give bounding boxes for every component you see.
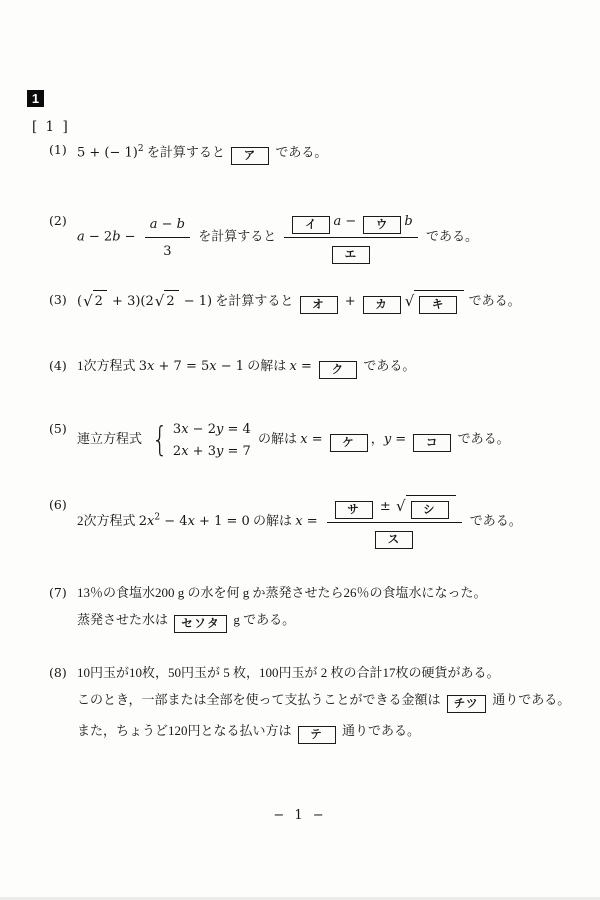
math-segment: − (341, 214, 360, 229)
answer-box: テ (298, 726, 336, 744)
math-variable: x (209, 359, 216, 374)
answer-box: コ (413, 434, 451, 452)
math-radical: √シ (396, 495, 456, 519)
text-segment: 10円玉が10枚，50円玉が 5 枚，100円玉が 2 枚の合計17枚の硬貨があ… (77, 665, 500, 680)
problem-number: (5) (49, 419, 77, 438)
problem-row: (1)5 + (− 1)2 を計算すると ア である。 (49, 140, 574, 165)
math-segment: − 1 (217, 359, 244, 374)
problem-line: 10円玉が10枚，50円玉が 5 枚，100円玉が 2 枚の合計17枚の硬貨があ… (77, 663, 574, 682)
math-segment: = (308, 432, 327, 447)
text-segment: を計算すると (212, 293, 297, 308)
math-segment: − 1) (180, 294, 213, 309)
brace-icon: { (152, 425, 168, 456)
math-segment: + 3)(2 (108, 294, 154, 309)
math-segment: + (341, 294, 360, 309)
problem-line: 5 + (− 1)2 を計算すると ア である。 (77, 140, 574, 165)
fraction-numerator: サ ± √シ (327, 495, 462, 523)
math-variable: x (295, 514, 302, 529)
math-segment: − (157, 217, 176, 232)
text-segment: 2次方程式 (77, 513, 139, 528)
math-segment: 2 (173, 444, 181, 459)
math-segment: 2 (139, 514, 147, 529)
math-fraction: サ ± √シス (327, 495, 462, 549)
answer-box: イ (292, 216, 330, 234)
problem-line: また，ちょうど120円となる払い方は テ 通りである。 (77, 721, 574, 744)
math-variable: a (77, 230, 85, 245)
math-segment: + 7 = 5 (154, 359, 209, 374)
problem-content: a − 2b − a − b3 を計算すると イa − ウbエ である。 (77, 211, 574, 264)
math-radical: √2 (155, 290, 179, 311)
math-variable: x (290, 359, 297, 374)
radicand: シ (406, 495, 456, 519)
problem-number: (7) (49, 583, 77, 602)
problem-content: (√2 + 3)(2√2 − 1) を計算すると オ + カ√キ である。 (77, 290, 574, 314)
equation-system: {3x − 2y = 42x + 3y = 7 (149, 419, 251, 461)
problem-line: 蒸発させた水は セソタ g である。 (77, 610, 574, 633)
problem-content: 10円玉が10枚，50円玉が 5 枚，100円玉が 2 枚の合計17枚の硬貨があ… (77, 663, 574, 744)
problem-line: 2次方程式 2x2 − 4x + 1 = 0 の解は x = サ ± √シス で… (77, 495, 574, 549)
problem-number: (2) (49, 211, 77, 230)
math-segment: 2 (95, 294, 103, 309)
math-segment: + 1 = 0 (195, 514, 250, 529)
math-variable: x (181, 444, 188, 459)
problem-list: (1)5 + (− 1)2 を計算すると ア である。(2)a − 2b − a… (49, 140, 574, 744)
text-segment: また，ちょうど120円となる払い方は (77, 723, 295, 738)
problem-row: (7)13％の食塩水200 g の水を何 g か蒸発させたら26％の食塩水になっ… (49, 583, 574, 633)
fraction-denominator: エ (284, 238, 417, 264)
answer-box: ス (375, 531, 413, 549)
answer-box: ア (231, 147, 269, 165)
text-segment: 13％の食塩水200 g の水を何 g か蒸発させたら26％の食塩水になった。 (77, 585, 487, 600)
problem-content: 1次方程式 3x + 7 = 5x − 1 の解は x = ク である。 (77, 356, 574, 379)
answer-box: カ (363, 296, 401, 314)
answer-box: サ (335, 501, 373, 519)
fraction-denominator: ス (327, 523, 462, 549)
problem-number: (3) (49, 290, 77, 309)
fraction-numerator: a − b (145, 214, 190, 238)
problem-content: 13％の食塩水200 g の水を何 g か蒸発させたら26％の食塩水になった。蒸… (77, 583, 574, 633)
answer-box: チツ (447, 695, 486, 713)
math-radical: √キ (405, 290, 465, 314)
math-segment: ± (376, 499, 395, 514)
math-segment: = (297, 359, 316, 374)
answer-box: ウ (363, 216, 401, 234)
radical-sign: √ (155, 292, 165, 310)
problem-number: (8) (49, 663, 77, 682)
math-segment: = (303, 514, 322, 529)
answer-box: エ (332, 246, 370, 264)
fraction-numerator: イa − ウb (284, 211, 417, 238)
math-variable: x (181, 422, 188, 437)
text-segment: を計算すると (195, 229, 280, 244)
problem-row: (6)2次方程式 2x2 − 4x + 1 = 0 の解は x = サ ± √シ… (49, 495, 574, 549)
radical-sign: √ (396, 497, 406, 515)
math-segment: + 3 (189, 444, 216, 459)
text-segment: の解は (255, 431, 301, 446)
math-segment: ( (77, 294, 82, 309)
fraction-denominator: 3 (145, 238, 190, 261)
math-segment: 3 (163, 244, 171, 259)
section-number-badge: 1 (27, 90, 44, 107)
math-segment: − 4 (160, 514, 187, 529)
system-lines: 3x − 2y = 42x + 3y = 7 (173, 419, 251, 461)
problem-number: (1) (49, 140, 77, 159)
exam-page: 1 [ 1 ] (1)5 + (− 1)2 を計算すると ア である。(2)a … (0, 0, 600, 900)
math-fraction: a − b3 (145, 214, 190, 261)
answer-box: キ (419, 296, 457, 314)
text-segment: 通りである。 (339, 723, 420, 738)
answer-box: シ (411, 501, 449, 519)
text-segment: 1次方程式 (77, 358, 139, 373)
math-segment: 2 (166, 294, 174, 309)
text-segment: 蒸発させた水は (77, 612, 171, 627)
problem-content: 5 + (− 1)2 を計算すると ア である。 (77, 140, 574, 165)
math-variable: b (404, 214, 412, 229)
text-segment: g である。 (230, 612, 295, 627)
radicand: 2 (164, 290, 178, 311)
math-radical: √2 (83, 290, 107, 311)
text-segment: 通りである。 (489, 692, 570, 707)
answer-box: ケ (330, 434, 368, 452)
text-segment: である。 (454, 431, 509, 446)
math-segment: − (121, 230, 140, 245)
problem-number: (6) (49, 495, 77, 514)
problem-line: 13％の食塩水200 g の水を何 g か蒸発させたら26％の食塩水になった。 (77, 583, 574, 602)
text-segment: の解は (250, 513, 296, 528)
problem-line: (√2 + 3)(2√2 − 1) を計算すると オ + カ√キ である。 (77, 290, 574, 314)
subsection-label: [ 1 ] (32, 119, 70, 135)
math-fraction: イa − ウbエ (284, 211, 417, 264)
math-variable: x (300, 432, 307, 447)
math-segment: 3 (139, 359, 147, 374)
problem-content: 2次方程式 2x2 − 4x + 1 = 0 の解は x = サ ± √シス で… (77, 495, 574, 549)
radical-sign: √ (83, 292, 93, 310)
answer-box: セソタ (174, 615, 227, 633)
problem-line: a − 2b − a − b3 を計算すると イa − ウbエ である。 (77, 211, 574, 264)
text-segment: このとき，一部または全部を使って支払うことができる金額は (77, 692, 444, 707)
page-number: − 1 − (0, 808, 600, 823)
problem-line: 連立方程式 {3x − 2y = 42x + 3y = 7 の解は x = ケ，… (77, 419, 574, 461)
math-variable: b (112, 230, 120, 245)
math-segment: − 2 (189, 422, 216, 437)
answer-box: ク (319, 361, 357, 379)
answer-box: オ (300, 296, 338, 314)
math-segment: 3 (173, 422, 181, 437)
problem-row: (3)(√2 + 3)(2√2 − 1) を計算すると オ + カ√キ である。 (49, 290, 574, 314)
problem-row: (2)a − 2b − a − b3 を計算すると イa − ウbエ である。 (49, 211, 574, 264)
problem-row: (8)10円玉が10枚，50円玉が 5 枚，100円玉が 2 枚の合計17枚の硬… (49, 663, 574, 744)
math-segment: = (391, 432, 410, 447)
math-segment: − 2 (85, 230, 112, 245)
problem-content: 連立方程式 {3x − 2y = 42x + 3y = 7 の解は x = ケ，… (77, 419, 574, 461)
text-segment: である。 (465, 293, 520, 308)
system-equation: 3x − 2y = 4 (173, 419, 251, 439)
text-segment: である。 (272, 144, 327, 159)
text-segment: である。 (360, 358, 415, 373)
problem-row: (4)1次方程式 3x + 7 = 5x − 1 の解は x = ク である。 (49, 356, 574, 379)
system-equation: 2x + 3y = 7 (173, 441, 251, 461)
math-variable: x (188, 514, 195, 529)
text-segment: の解は (244, 358, 290, 373)
math-segment: = 4 (223, 422, 250, 437)
problem-line: 1次方程式 3x + 7 = 5x − 1 の解は x = ク である。 (77, 356, 574, 379)
problem-row: (5)連立方程式 {3x − 2y = 42x + 3y = 7 の解は x =… (49, 419, 574, 461)
text-segment: ， (371, 431, 384, 446)
text-segment: を計算すると (144, 144, 229, 159)
radicand: 2 (93, 290, 107, 311)
math-segment: = 7 (223, 444, 250, 459)
math-variable: b (177, 217, 185, 232)
math-segment: 5 + (− 1) (77, 145, 138, 160)
text-segment: である。 (423, 229, 478, 244)
problem-number: (4) (49, 356, 77, 375)
text-segment: である。 (467, 513, 522, 528)
text-segment: 連立方程式 (77, 431, 145, 446)
problem-line: このとき，一部または全部を使って支払うことができる金額は チツ 通りである。 (77, 690, 574, 713)
radicand: キ (414, 290, 464, 314)
radical-sign: √ (405, 292, 415, 310)
